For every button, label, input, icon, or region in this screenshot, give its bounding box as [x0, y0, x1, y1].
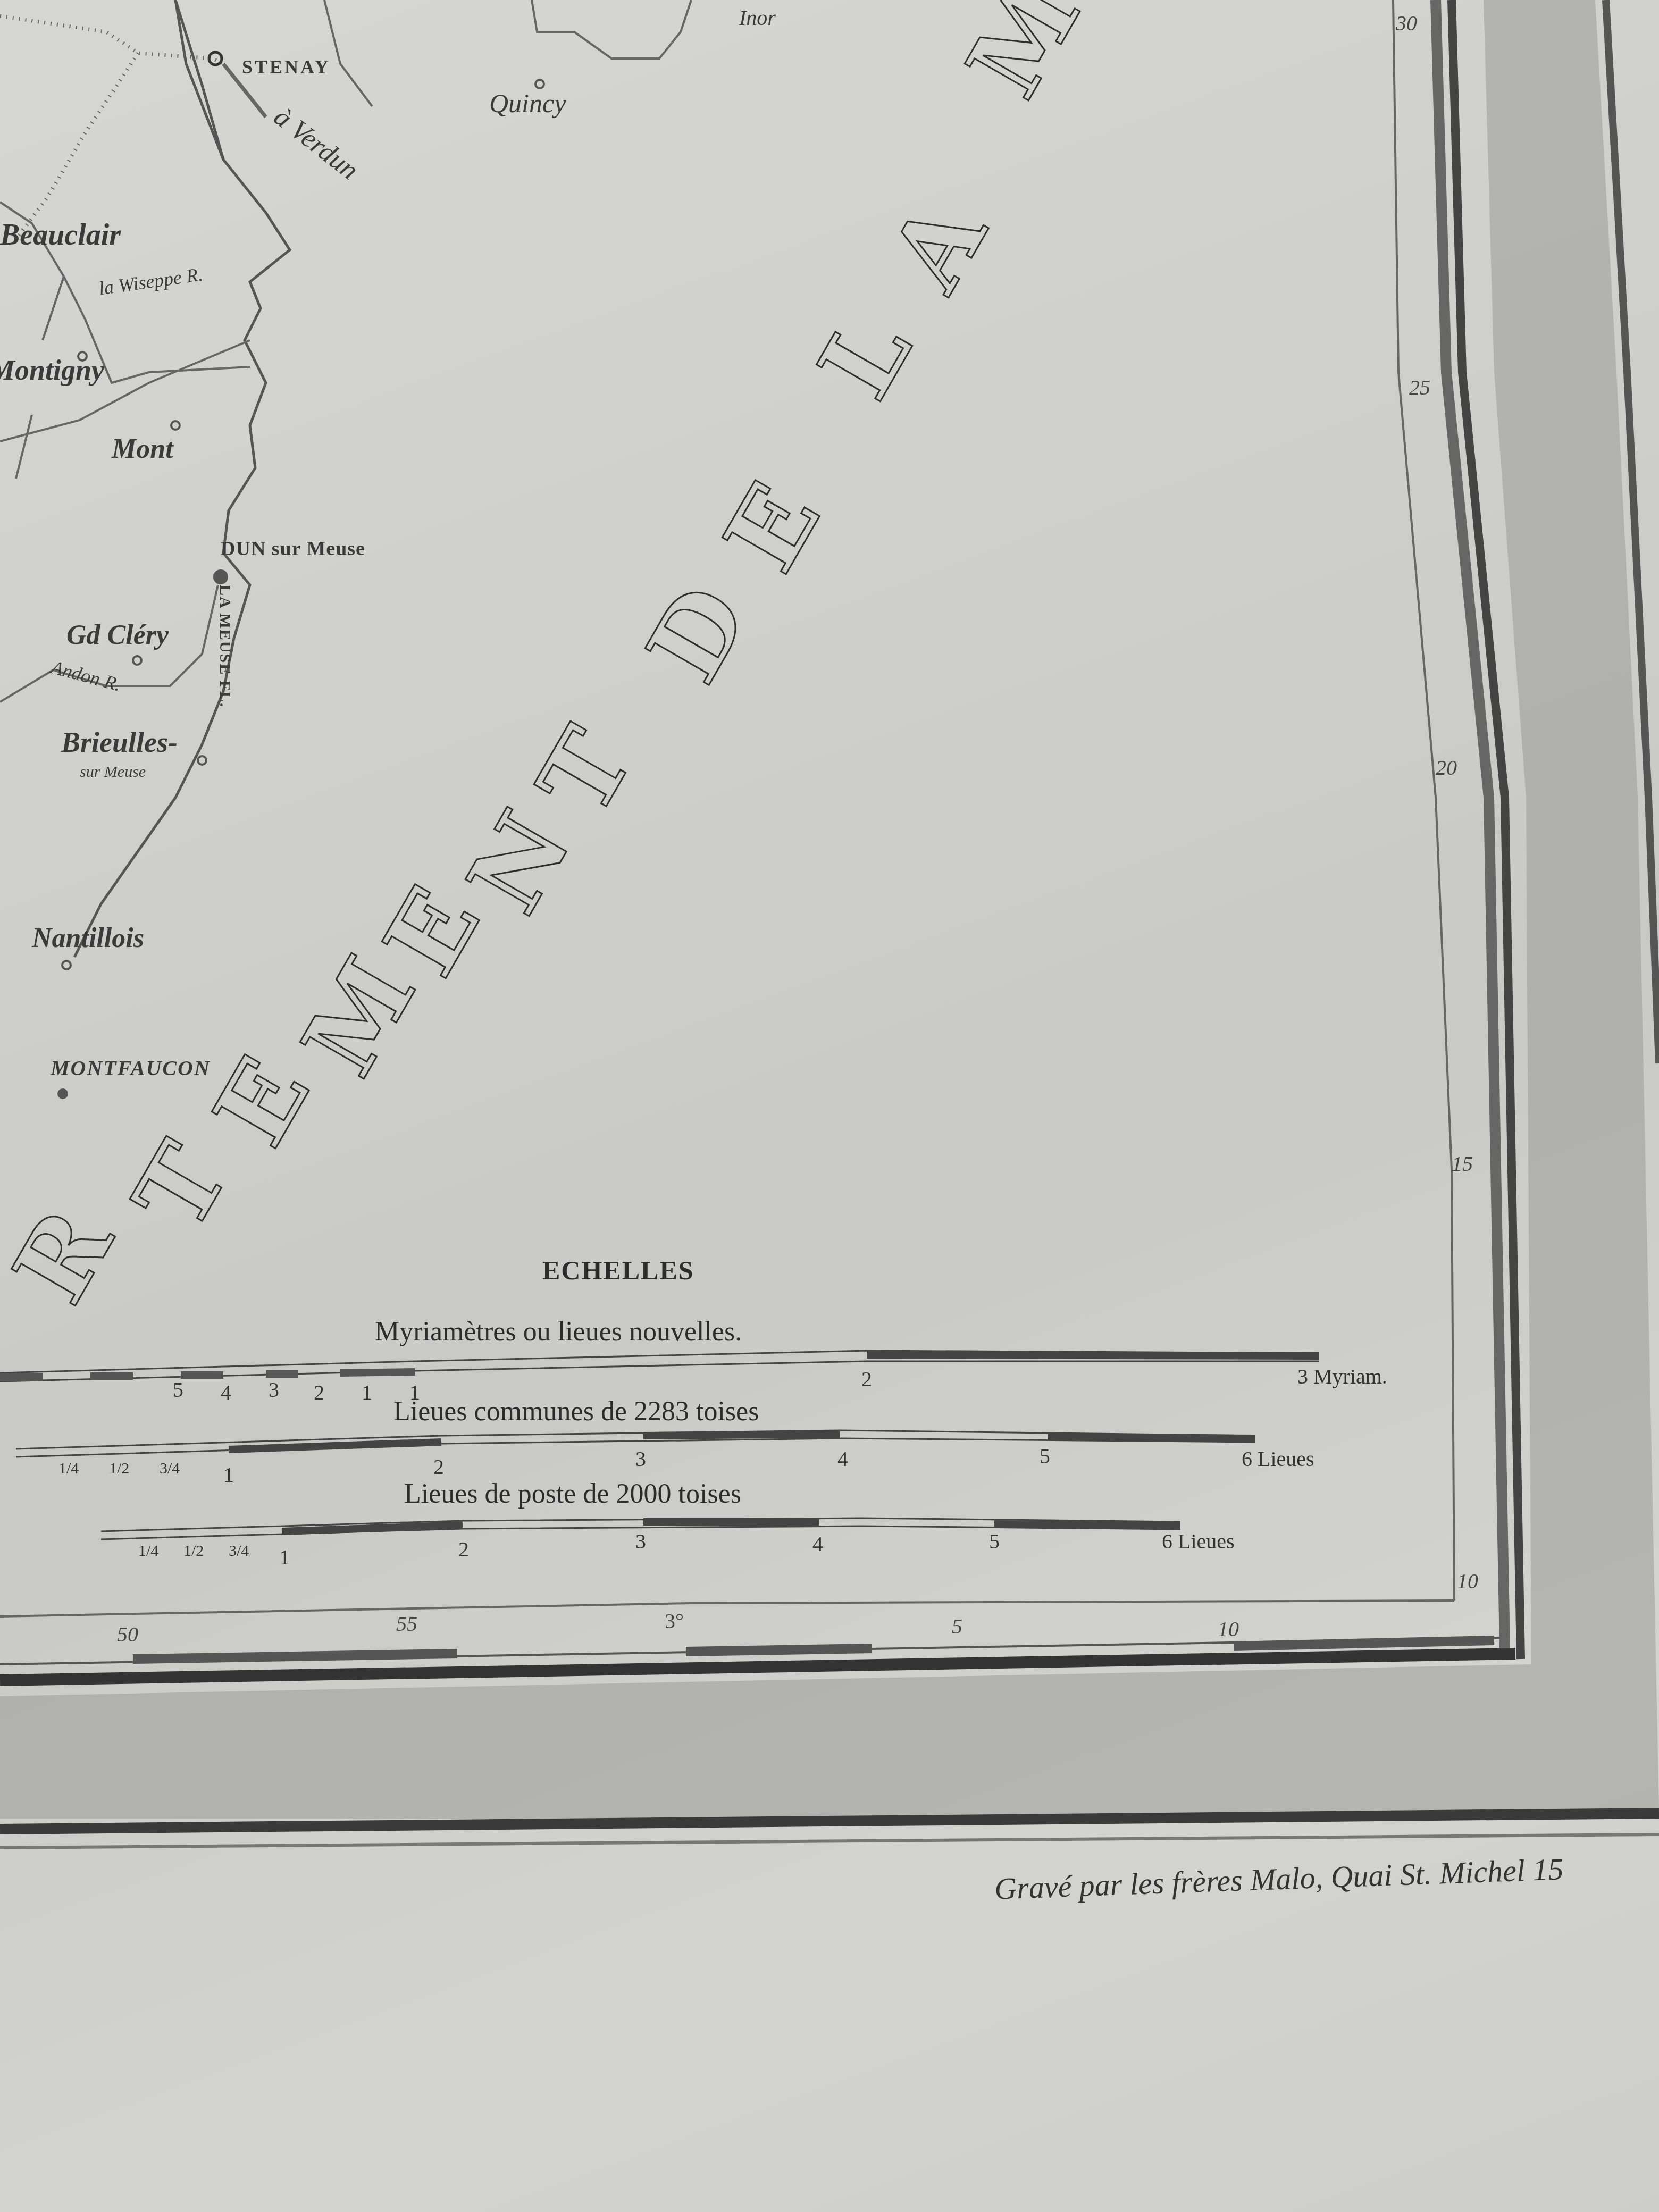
scale-tick: 2	[433, 1454, 444, 1479]
place-label-brieulles: Brieulles-	[61, 726, 178, 759]
scale-tick: 5	[989, 1529, 1000, 1554]
place-label-clery: Gd Cléry	[66, 619, 169, 651]
scale-tick: 1	[279, 1545, 290, 1570]
scale-tick: 3	[635, 1446, 646, 1471]
place-label-quincy: Quincy	[489, 88, 566, 119]
scale-tick: 3 Myriam.	[1297, 1364, 1387, 1389]
place-label-beauclair: Beauclair	[0, 218, 121, 252]
degree-label: 50	[117, 1622, 138, 1647]
degree-label: 15	[1452, 1151, 1473, 1176]
scale-tick: 1/2	[109, 1460, 129, 1478]
scale-tick: 5	[173, 1377, 183, 1402]
scale-tick: 2	[314, 1380, 324, 1405]
degree-label: 20	[1436, 755, 1457, 780]
place-label-stenay: STENAY	[242, 56, 331, 78]
degree-label: 30	[1396, 11, 1417, 36]
scale-tick: 3	[269, 1377, 279, 1402]
scale-tick: 1/4	[58, 1460, 79, 1478]
scale-tick: 3	[635, 1529, 646, 1554]
scale-tick: 5	[1040, 1444, 1050, 1469]
scale-tick: 3/4	[229, 1542, 249, 1560]
place-label-montigny: Montigny	[0, 354, 104, 387]
scale-tick: 1/4	[138, 1542, 158, 1560]
degree-label: 10	[1218, 1616, 1239, 1641]
place-label-mont: Mont	[112, 433, 173, 465]
scale-tick: 2	[458, 1537, 469, 1562]
scale-tick: 4	[221, 1380, 231, 1405]
scale-tick: 3/4	[160, 1460, 180, 1478]
place-label-montfaucon: MONTFAUCON	[51, 1055, 211, 1080]
scale-title-myriametres: Myriamètres ou lieues nouvelles.	[375, 1316, 742, 1347]
scale-tick: 1/2	[183, 1542, 204, 1560]
place-label-dun: DUN sur Meuse	[221, 537, 365, 560]
scale-title-lieues-communes: Lieues communes de 2283 toises	[393, 1396, 759, 1427]
scale-tick: 2	[861, 1367, 872, 1392]
degree-label: 5	[952, 1614, 962, 1639]
scales-heading: ECHELLES	[542, 1255, 694, 1286]
scale-tick: 4	[812, 1531, 823, 1556]
scale-tick: 4	[837, 1446, 848, 1471]
scale-bars	[0, 1351, 1319, 1539]
scale-tick: 6 Lieues	[1242, 1446, 1314, 1471]
river-label-meuse: LA MEUSE FL.	[216, 585, 234, 708]
degree-label: 55	[396, 1611, 417, 1636]
degree-label: 25	[1409, 375, 1430, 400]
place-label-inor: Inor	[739, 5, 776, 30]
degree-label: 3°	[665, 1608, 684, 1633]
degree-label: 10	[1457, 1569, 1478, 1594]
place-label-brieulles-sub: sur Meuse	[80, 763, 146, 781]
scale-title-lieues-poste: Lieues de poste de 2000 toises	[404, 1478, 741, 1510]
scale-tick: 1	[223, 1462, 234, 1487]
scale-tick: 1	[362, 1380, 372, 1405]
scale-tick: 6 Lieues	[1162, 1529, 1235, 1554]
place-label-nantillois: Nantillois	[32, 923, 144, 954]
